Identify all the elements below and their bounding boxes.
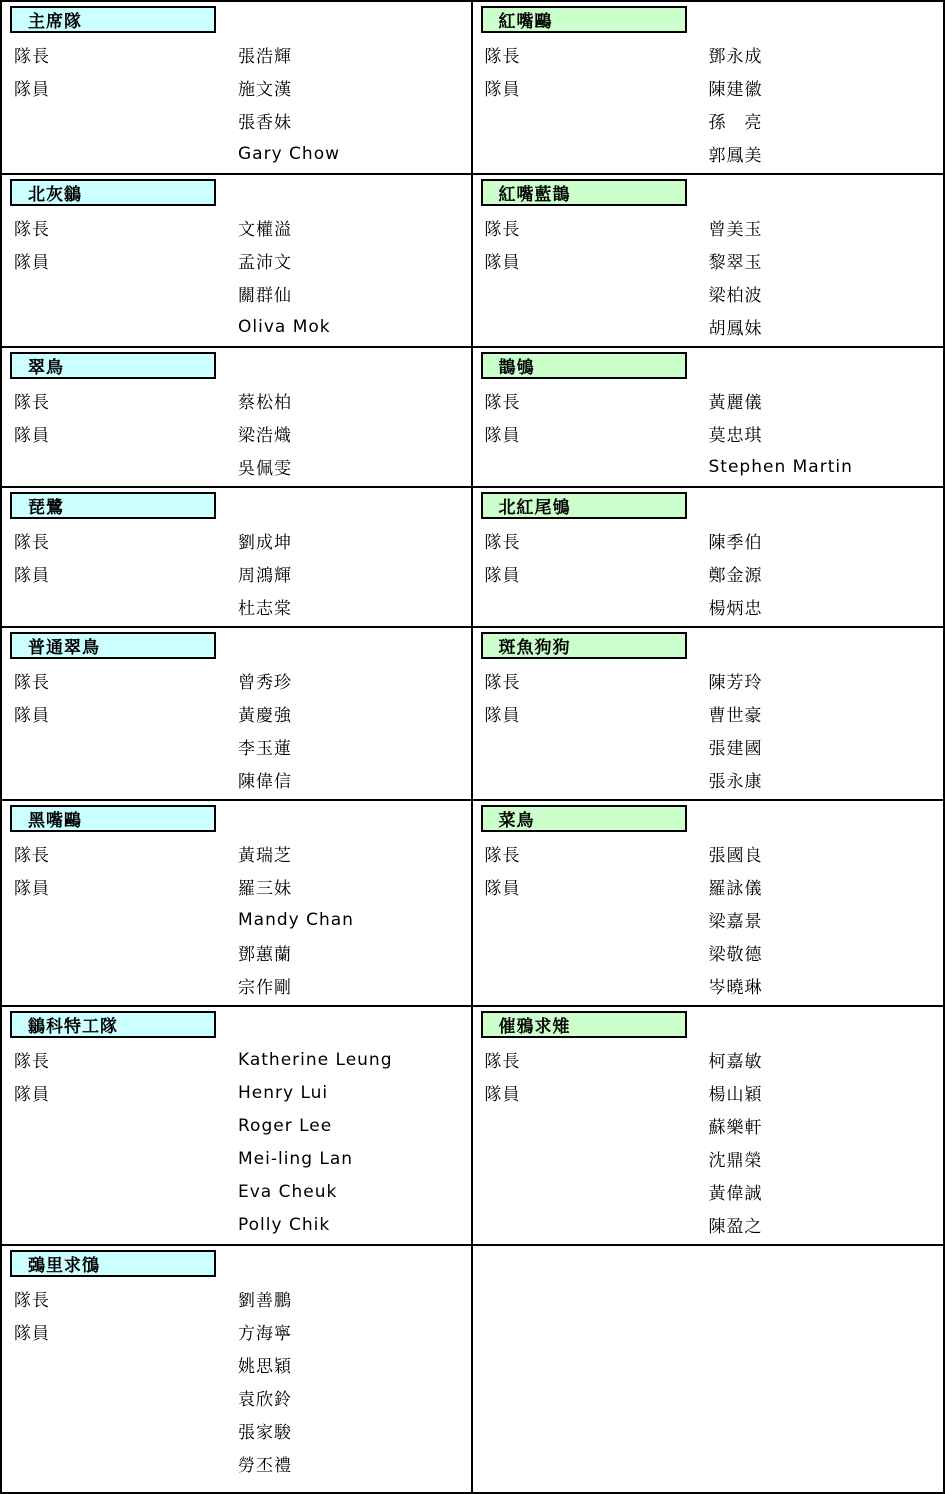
captain-name: Katherine Leung (238, 1050, 471, 1070)
captain-name: 張浩輝 (238, 42, 471, 67)
team-name-header: 鵶里求鴴 (10, 1250, 216, 1277)
member-name: 梁柏波 (709, 281, 944, 306)
roster-row: 隊長張浩輝 (2, 38, 471, 71)
team-name: 普通翠鳥 (28, 633, 100, 658)
team-name-header: 鶲科特工隊 (10, 1011, 216, 1038)
team-block: 北紅尾鴝隊長陳季伯隊員鄭金源楊炳忠 (473, 486, 944, 626)
role-label: 隊員 (14, 1319, 238, 1344)
member-name: Polly Chik (238, 1215, 471, 1235)
roster-row: 隊長劉成坤 (2, 524, 471, 557)
captain-name: 柯嘉敏 (709, 1047, 944, 1072)
captain-name: 劉成坤 (238, 528, 471, 553)
roster-row: 楊炳忠 (473, 590, 944, 623)
roster-row: 隊員黎翠玉 (473, 244, 944, 277)
roster-row: 郭鳳美 (473, 137, 944, 170)
team-block: 鵲鴝隊長黃麗儀隊員莫忠琪Stephen Martin (473, 346, 944, 486)
member-name: 楊炳忠 (709, 594, 944, 619)
member-name: 袁欣鈴 (238, 1385, 471, 1410)
captain-name: 曾美玉 (709, 215, 944, 240)
team-name: 鵲鴝 (499, 353, 535, 378)
roster-row: 隊長張國良 (473, 837, 944, 870)
member-name: 陳盈之 (709, 1212, 944, 1237)
team-block: 主席隊隊長張浩輝隊員施文漢張香妹Gary Chow (2, 2, 473, 173)
member-name: 陳建徽 (709, 75, 944, 100)
role-label: 隊長 (485, 841, 709, 866)
roster-row: 隊員孟沛文 (2, 244, 471, 277)
role-label: 隊長 (14, 42, 238, 67)
team-name: 北紅尾鴝 (499, 493, 571, 518)
member-name: Henry Lui (238, 1083, 471, 1103)
captain-name: 黃瑞芝 (238, 841, 471, 866)
team-body: 隊長黃麗儀隊員莫忠琪Stephen Martin (473, 384, 944, 483)
captain-name: 鄧永成 (709, 42, 944, 67)
team-name: 北灰鶲 (28, 180, 82, 205)
team-body: 隊長蔡松柏隊員梁浩熾吳佩雯 (2, 384, 471, 483)
roster-row: 梁柏波 (473, 277, 944, 310)
role-label: 隊長 (14, 528, 238, 553)
role-label: 隊長 (14, 1047, 238, 1072)
role-label: 隊員 (14, 248, 238, 273)
team-name-header: 北灰鶲 (10, 179, 216, 206)
roster-row: 關群仙 (2, 277, 471, 310)
roster-row: 隊員羅詠儀 (473, 870, 944, 903)
roster-row: 隊員方海寧 (2, 1315, 471, 1348)
team-name: 鵶里求鴴 (28, 1251, 100, 1276)
member-name: Mei-ling Lan (238, 1149, 471, 1169)
roster-row: 杜志棠 (2, 590, 471, 623)
member-name: 梁嘉景 (709, 907, 944, 932)
roster-row: 沈鼎榮 (473, 1142, 944, 1175)
roster-row: 陳偉信 (2, 763, 471, 796)
team-name: 催鴉求雉 (499, 1012, 571, 1037)
member-name: Oliva Mok (238, 317, 471, 337)
role-label: 隊員 (14, 1080, 238, 1105)
member-name: 胡鳳妹 (709, 314, 944, 339)
member-name: 施文漢 (238, 75, 471, 100)
member-name: 梁敬德 (709, 940, 944, 965)
roster-row: Mandy Chan (2, 903, 471, 936)
role-label: 隊員 (14, 561, 238, 586)
team-block: 鵶里求鴴隊長劉善鵬隊員方海寧姚思穎袁欣鈴張家駿勞丕禮 (2, 1244, 473, 1492)
team-body: 隊長文權溢隊員孟沛文關群仙Oliva Mok (2, 211, 471, 343)
role-label: 隊員 (14, 874, 238, 899)
role-label: 隊員 (485, 75, 709, 100)
team-name-header: 琵鷺 (10, 492, 216, 519)
roster-row: 隊員施文漢 (2, 71, 471, 104)
role-label: 隊長 (14, 1286, 238, 1311)
role-label: 隊員 (485, 248, 709, 273)
team-name-header: 鵲鴝 (481, 352, 687, 379)
member-name: 陳偉信 (238, 767, 471, 792)
roster-row: 梁敬德 (473, 936, 944, 969)
member-name: 鄭金源 (709, 561, 944, 586)
team-block: 斑魚狗狗隊長陳芳玲隊員曹世豪張建國張永康 (473, 626, 944, 799)
roster-row: 隊員莫忠琪 (473, 417, 944, 450)
member-name: 羅詠儀 (709, 874, 944, 899)
member-name: 方海寧 (238, 1319, 471, 1344)
member-name: Eva Cheuk (238, 1182, 471, 1202)
team-block: 催鴉求雉隊長柯嘉敏隊員楊山穎蘇樂軒沈鼎榮黃偉誠陳盈之 (473, 1005, 944, 1244)
member-name: 黃慶強 (238, 701, 471, 726)
role-label: 隊員 (485, 701, 709, 726)
roster-row: 李玉蓮 (2, 730, 471, 763)
team-name: 紅嘴藍鵲 (499, 180, 571, 205)
team-name-header: 黑嘴鷗 (10, 805, 216, 832)
team-name-header: 紅嘴藍鵲 (481, 179, 687, 206)
roster-row: 隊員Henry Lui (2, 1076, 471, 1109)
captain-name: 張國良 (709, 841, 944, 866)
roster-row: 蘇樂軒 (473, 1109, 944, 1142)
roster-row: Polly Chik (2, 1208, 471, 1241)
member-name: Stephen Martin (709, 457, 944, 477)
member-name: 莫忠琪 (709, 421, 944, 446)
team-block: 黑嘴鷗隊長黃瑞芝隊員羅三妹Mandy Chan鄧蕙蘭宗作剛 (2, 799, 473, 1005)
member-name: 吳佩雯 (238, 454, 471, 479)
member-name: 姚思穎 (238, 1352, 471, 1377)
member-name: 楊山穎 (709, 1080, 944, 1105)
roster-row: Roger Lee (2, 1109, 471, 1142)
roster-row: 隊長黃麗儀 (473, 384, 944, 417)
member-name: 關群仙 (238, 281, 471, 306)
roster-row: 張永康 (473, 763, 944, 796)
member-name: 梁浩熾 (238, 421, 471, 446)
team-roster-table: 主席隊隊長張浩輝隊員施文漢張香妹Gary Chow紅嘴鷗隊長鄧永成隊員陳建徽孫 … (0, 0, 945, 1494)
team-name: 翠鳥 (28, 353, 64, 378)
role-label: 隊員 (485, 421, 709, 446)
team-name-header: 翠鳥 (10, 352, 216, 379)
member-name: 郭鳳美 (709, 141, 944, 166)
team-name-header: 普通翠鳥 (10, 632, 216, 659)
roster-row: 宗作剛 (2, 969, 471, 1002)
team-body: 隊長鄧永成隊員陳建徽孫 亮郭鳳美 (473, 38, 944, 170)
roster-row: 隊長陳季伯 (473, 524, 944, 557)
member-name: 杜志棠 (238, 594, 471, 619)
roster-row: 隊員楊山穎 (473, 1076, 944, 1109)
roster-row: Gary Chow (2, 137, 471, 170)
roster-row: 隊長蔡松柏 (2, 384, 471, 417)
roster-row: 隊長黃瑞芝 (2, 837, 471, 870)
member-name: 勞丕禮 (238, 1451, 471, 1476)
roster-row: 孫 亮 (473, 104, 944, 137)
role-label: 隊長 (485, 388, 709, 413)
team-block: 鶲科特工隊隊長Katherine Leung隊員Henry LuiRoger L… (2, 1005, 473, 1244)
team-block: 菜鳥隊長張國良隊員羅詠儀梁嘉景梁敬德岑曉琳 (473, 799, 944, 1005)
team-body: 隊長張國良隊員羅詠儀梁嘉景梁敬德岑曉琳 (473, 837, 944, 1002)
roster-row: Eva Cheuk (2, 1175, 471, 1208)
team-name-header: 主席隊 (10, 6, 216, 33)
member-name: 張香妹 (238, 108, 471, 133)
team-name: 黑嘴鷗 (28, 806, 82, 831)
roster-row: 陳盈之 (473, 1208, 944, 1241)
team-name: 菜鳥 (499, 806, 535, 831)
team-body: 隊長張浩輝隊員施文漢張香妹Gary Chow (2, 38, 471, 170)
team-block: 紅嘴藍鵲隊長曾美玉隊員黎翠玉梁柏波胡鳳妹 (473, 173, 944, 346)
team-block (473, 1244, 944, 1492)
roster-row: 岑曉琳 (473, 969, 944, 1002)
member-name: 鄧蕙蘭 (238, 940, 471, 965)
team-name: 琵鷺 (28, 493, 64, 518)
member-name: 孫 亮 (709, 108, 944, 133)
member-name: Roger Lee (238, 1116, 471, 1136)
role-label: 隊長 (485, 215, 709, 240)
team-name: 主席隊 (28, 7, 82, 32)
roster-row: 隊員陳建徽 (473, 71, 944, 104)
team-body: 隊長Katherine Leung隊員Henry LuiRoger LeeMei… (2, 1043, 471, 1241)
roster-row: 隊長鄧永成 (473, 38, 944, 71)
role-label: 隊長 (14, 668, 238, 693)
roster-row: 隊員周鴻輝 (2, 557, 471, 590)
member-name: Mandy Chan (238, 910, 471, 930)
captain-name: 文權溢 (238, 215, 471, 240)
role-label: 隊長 (485, 528, 709, 553)
roster-row: 隊長文權溢 (2, 211, 471, 244)
member-name: 周鴻輝 (238, 561, 471, 586)
role-label: 隊長 (485, 42, 709, 67)
roster-row: 隊員羅三妹 (2, 870, 471, 903)
roster-row: 隊長劉善鵬 (2, 1282, 471, 1315)
roster-row: 胡鳳妹 (473, 310, 944, 343)
team-block: 北灰鶲隊長文權溢隊員孟沛文關群仙Oliva Mok (2, 173, 473, 346)
member-name: 蘇樂軒 (709, 1113, 944, 1138)
roster-row: 隊長曾美玉 (473, 211, 944, 244)
roster-row: 黃偉誠 (473, 1175, 944, 1208)
team-name-header: 紅嘴鷗 (481, 6, 687, 33)
team-block: 琵鷺隊長劉成坤隊員周鴻輝杜志棠 (2, 486, 473, 626)
role-label: 隊員 (14, 75, 238, 100)
team-name: 斑魚狗狗 (499, 633, 571, 658)
team-block: 翠鳥隊長蔡松柏隊員梁浩熾吳佩雯 (2, 346, 473, 486)
team-body: 隊長柯嘉敏隊員楊山穎蘇樂軒沈鼎榮黃偉誠陳盈之 (473, 1043, 944, 1241)
member-name: 張建國 (709, 734, 944, 759)
roster-row: 隊員曹世豪 (473, 697, 944, 730)
member-name: 岑曉琳 (709, 973, 944, 998)
member-name: Gary Chow (238, 144, 471, 164)
team-body: 隊長曾秀珍隊員黃慶強李玉蓮陳偉信 (2, 664, 471, 796)
member-name: 張家駿 (238, 1418, 471, 1443)
roster-row: 隊長曾秀珍 (2, 664, 471, 697)
member-name: 李玉蓮 (238, 734, 471, 759)
team-name: 紅嘴鷗 (499, 7, 553, 32)
member-name: 張永康 (709, 767, 944, 792)
team-name: 鶲科特工隊 (28, 1012, 118, 1037)
role-label: 隊長 (14, 215, 238, 240)
team-block: 普通翠鳥隊長曾秀珍隊員黃慶強李玉蓮陳偉信 (2, 626, 473, 799)
member-name: 宗作剛 (238, 973, 471, 998)
team-body: 隊長陳芳玲隊員曹世豪張建國張永康 (473, 664, 944, 796)
captain-name: 陳芳玲 (709, 668, 944, 693)
team-body: 隊長劉成坤隊員周鴻輝杜志棠 (2, 524, 471, 623)
team-block: 紅嘴鷗隊長鄧永成隊員陳建徽孫 亮郭鳳美 (473, 2, 944, 173)
role-label: 隊員 (14, 421, 238, 446)
captain-name: 劉善鵬 (238, 1286, 471, 1311)
roster-row: Oliva Mok (2, 310, 471, 343)
roster-row: 隊員黃慶強 (2, 697, 471, 730)
role-label: 隊員 (485, 874, 709, 899)
roster-row: Stephen Martin (473, 450, 944, 483)
role-label: 隊長 (14, 841, 238, 866)
team-body: 隊長黃瑞芝隊員羅三妹Mandy Chan鄧蕙蘭宗作剛 (2, 837, 471, 1002)
role-label: 隊長 (14, 388, 238, 413)
role-label: 隊員 (485, 561, 709, 586)
captain-name: 蔡松柏 (238, 388, 471, 413)
member-name: 羅三妹 (238, 874, 471, 899)
roster-row: 隊員鄭金源 (473, 557, 944, 590)
role-label: 隊長 (485, 668, 709, 693)
member-name: 黃偉誠 (709, 1179, 944, 1204)
member-name: 孟沛文 (238, 248, 471, 273)
captain-name: 黃麗儀 (709, 388, 944, 413)
team-name-header: 催鴉求雉 (481, 1011, 687, 1038)
roster-row: 隊長柯嘉敏 (473, 1043, 944, 1076)
roster-row: 隊員梁浩熾 (2, 417, 471, 450)
roster-row: 袁欣鈴 (2, 1381, 471, 1414)
roster-row: 梁嘉景 (473, 903, 944, 936)
team-name-header: 菜鳥 (481, 805, 687, 832)
member-name: 沈鼎榮 (709, 1146, 944, 1171)
captain-name: 陳季伯 (709, 528, 944, 553)
role-label: 隊長 (485, 1047, 709, 1072)
captain-name: 曾秀珍 (238, 668, 471, 693)
team-body: 隊長劉善鵬隊員方海寧姚思穎袁欣鈴張家駿勞丕禮 (2, 1282, 471, 1480)
role-label: 隊員 (485, 1080, 709, 1105)
member-name: 黎翠玉 (709, 248, 944, 273)
role-label: 隊員 (14, 701, 238, 726)
roster-row: 隊長陳芳玲 (473, 664, 944, 697)
team-name-header: 北紅尾鴝 (481, 492, 687, 519)
team-body: 隊長陳季伯隊員鄭金源楊炳忠 (473, 524, 944, 623)
roster-row: 張建國 (473, 730, 944, 763)
team-body: 隊長曾美玉隊員黎翠玉梁柏波胡鳳妹 (473, 211, 944, 343)
roster-row: 吳佩雯 (2, 450, 471, 483)
team-name-header: 斑魚狗狗 (481, 632, 687, 659)
member-name: 曹世豪 (709, 701, 944, 726)
roster-row: 隊長Katherine Leung (2, 1043, 471, 1076)
roster-row: 張香妹 (2, 104, 471, 137)
roster-row: 鄧蕙蘭 (2, 936, 471, 969)
roster-row: 姚思穎 (2, 1348, 471, 1381)
roster-row: 勞丕禮 (2, 1447, 471, 1480)
roster-row: 張家駿 (2, 1414, 471, 1447)
roster-row: Mei-ling Lan (2, 1142, 471, 1175)
